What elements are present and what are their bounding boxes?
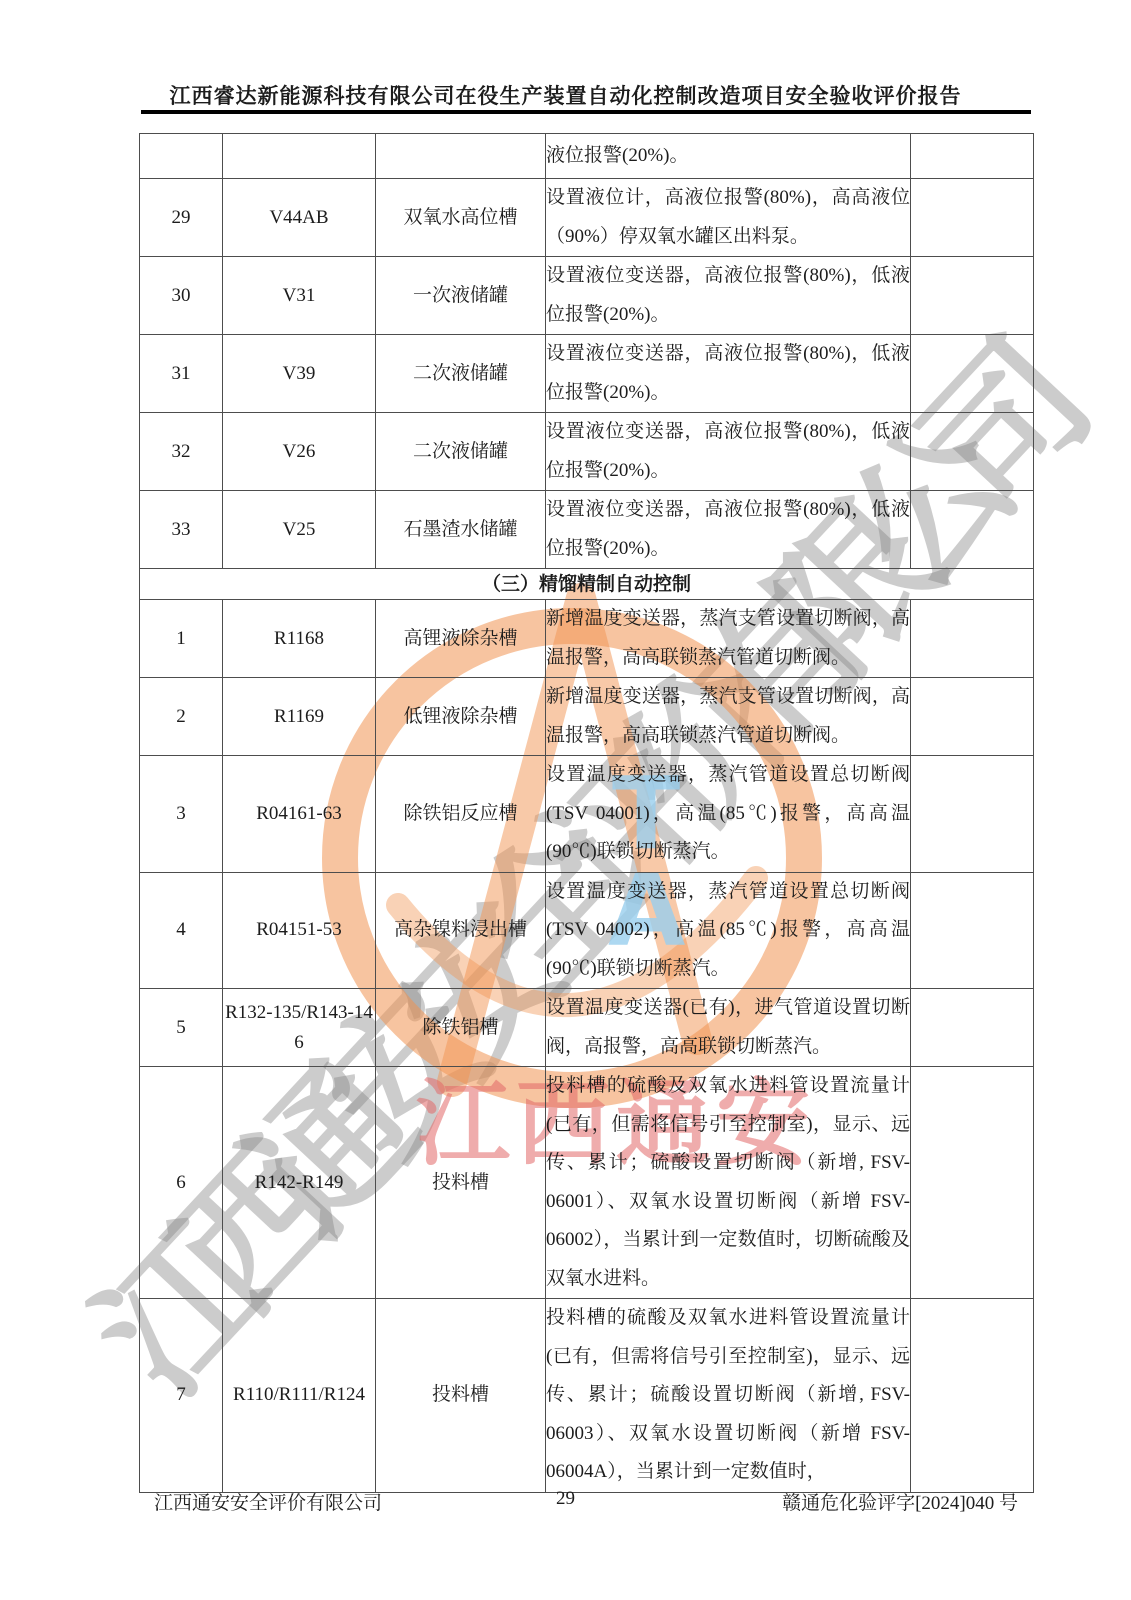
row-number-cell bbox=[140, 134, 223, 179]
equipment-name-cell: 高锂液除杂槽 bbox=[376, 600, 546, 678]
measures-desc-cell: 设置温度变送器，蒸汽管道设置总切断阀(TSV 04002)，高温(85℃)报警，… bbox=[546, 872, 911, 989]
table-row-continuation: 液位报警(20%)。 bbox=[140, 134, 1034, 179]
row-number-cell: 5 bbox=[140, 989, 223, 1067]
equipment-table: 液位报警(20%)。29V44AB双氧水高位槽设置液位计，高液位报警(80%)，… bbox=[139, 133, 1034, 1493]
measures-desc-cell: 设置液位变送器，高液位报警(80%)，低液位报警(20%)。 bbox=[546, 413, 911, 491]
equipment-name-cell: 投料槽 bbox=[376, 1299, 546, 1493]
row-number-cell: 32 bbox=[140, 413, 223, 491]
table-row: 31V39二次液储罐设置液位变送器，高液位报警(80%)，低液位报警(20%)。 bbox=[140, 335, 1034, 413]
measures-desc-cell: 新增温度变送器，蒸汽支管设置切断阀，高温报警，高高联锁蒸汽管道切断阀。 bbox=[546, 678, 911, 756]
row-number-cell: 1 bbox=[140, 600, 223, 678]
table-row: 32V26二次液储罐设置液位变送器，高液位报警(80%)，低液位报警(20%)。 bbox=[140, 413, 1034, 491]
table-row: 4R04151-53高杂镍料浸出槽设置温度变送器，蒸汽管道设置总切断阀(TSV … bbox=[140, 872, 1034, 989]
remark-cell bbox=[911, 872, 1034, 989]
measures-desc-cell: 设置温度变送器，蒸汽管道设置总切断阀(TSV 04001)，高温(85℃)报警，… bbox=[546, 756, 911, 873]
equipment-name-cell: 除铁铝反应槽 bbox=[376, 756, 546, 873]
measures-desc-cell: 设置温度变送器(已有)，进气管道设置切断阀，高报警，高高联锁切断蒸汽。 bbox=[546, 989, 911, 1067]
remark-cell bbox=[911, 1299, 1034, 1493]
table-row: 3R04161-63除铁铝反应槽设置温度变送器，蒸汽管道设置总切断阀(TSV 0… bbox=[140, 756, 1034, 873]
row-number-cell: 2 bbox=[140, 678, 223, 756]
row-number-cell: 33 bbox=[140, 491, 223, 569]
table-row: 1R1168高锂液除杂槽新增温度变送器，蒸汽支管设置切断阀，高温报警，高高联锁蒸… bbox=[140, 600, 1034, 678]
table-row: 30V31一次液储罐设置液位变送器，高液位报警(80%)，低液位报警(20%)。 bbox=[140, 257, 1034, 335]
remark-cell bbox=[911, 600, 1034, 678]
section-header-cell: （三）精馏精制自动控制 bbox=[140, 569, 1034, 600]
remark-cell bbox=[911, 335, 1034, 413]
measures-desc-cell: 设置液位变送器，高液位报警(80%)，低液位报警(20%)。 bbox=[546, 257, 911, 335]
measures-desc-cell: 设置液位变送器，高液位报警(80%)，低液位报警(20%)。 bbox=[546, 491, 911, 569]
equipment-tag-cell: R142-R149 bbox=[223, 1067, 376, 1299]
equipment-tag-cell: V44AB bbox=[223, 179, 376, 257]
equipment-name-cell: 石墨渣水储罐 bbox=[376, 491, 546, 569]
equipment-tag-cell: R132-135/R143-146 bbox=[223, 989, 376, 1067]
remark-cell bbox=[911, 179, 1034, 257]
table-row: 5R132-135/R143-146除铁铝槽设置温度变送器(已有)，进气管道设置… bbox=[140, 989, 1034, 1067]
document-page: 江西通安安全评价有限公司 T A 江西通安 江西睿达新能源科技有限公司在役生产装… bbox=[0, 0, 1131, 1600]
row-number-cell: 29 bbox=[140, 179, 223, 257]
table-row: 6R142-R149投料槽投料槽的硫酸及双氧水进料管设置流量计(已有，但需将信号… bbox=[140, 1067, 1034, 1299]
table-section-header-row: （三）精馏精制自动控制 bbox=[140, 569, 1034, 600]
remark-cell bbox=[911, 413, 1034, 491]
equipment-name-cell: 二次液储罐 bbox=[376, 335, 546, 413]
row-number-cell: 3 bbox=[140, 756, 223, 873]
table-row: 33V25石墨渣水储罐设置液位变送器，高液位报警(80%)，低液位报警(20%)… bbox=[140, 491, 1034, 569]
equipment-tag-cell: R110/R111/R124 bbox=[223, 1299, 376, 1493]
equipment-name-cell bbox=[376, 134, 546, 179]
equipment-tag-cell: R04161-63 bbox=[223, 756, 376, 873]
equipment-tag-cell: R1168 bbox=[223, 600, 376, 678]
remark-cell bbox=[911, 257, 1034, 335]
equipment-tag-cell: V39 bbox=[223, 335, 376, 413]
equipment-name-cell: 投料槽 bbox=[376, 1067, 546, 1299]
footer-document-number: 赣通危化验评字[2024]040 号 bbox=[782, 1488, 1018, 1515]
equipment-tag-cell bbox=[223, 134, 376, 179]
remark-cell bbox=[911, 989, 1034, 1067]
equipment-name-cell: 高杂镍料浸出槽 bbox=[376, 872, 546, 989]
equipment-table-body: 液位报警(20%)。29V44AB双氧水高位槽设置液位计，高液位报警(80%)，… bbox=[140, 134, 1034, 1493]
table-row: 2R1169低锂液除杂槽新增温度变送器，蒸汽支管设置切断阀，高温报警，高高联锁蒸… bbox=[140, 678, 1034, 756]
equipment-name-cell: 一次液储罐 bbox=[376, 257, 546, 335]
remark-cell bbox=[911, 134, 1034, 179]
table-row: 7R110/R111/R124投料槽投料槽的硫酸及双氧水进料管设置流量计(已有，… bbox=[140, 1299, 1034, 1493]
remark-cell bbox=[911, 1067, 1034, 1299]
equipment-tag-cell: V26 bbox=[223, 413, 376, 491]
table-row: 29V44AB双氧水高位槽设置液位计，高液位报警(80%)，高高液位（90%）停… bbox=[140, 179, 1034, 257]
equipment-tag-cell: V31 bbox=[223, 257, 376, 335]
remark-cell bbox=[911, 491, 1034, 569]
row-number-cell: 31 bbox=[140, 335, 223, 413]
equipment-tag-cell: R04151-53 bbox=[223, 872, 376, 989]
measures-desc-cell: 设置液位计，高液位报警(80%)，高高液位（90%）停双氧水罐区出料泵。 bbox=[546, 179, 911, 257]
report-header-title: 江西睿达新能源科技有限公司在役生产装置自动化控制改造项目安全验收评价报告 bbox=[0, 80, 1131, 110]
equipment-name-cell: 双氧水高位槽 bbox=[376, 179, 546, 257]
measures-desc-cell: 液位报警(20%)。 bbox=[546, 134, 911, 179]
equipment-name-cell: 二次液储罐 bbox=[376, 413, 546, 491]
equipment-name-cell: 低锂液除杂槽 bbox=[376, 678, 546, 756]
remark-cell bbox=[911, 678, 1034, 756]
footer-company-name: 江西通安安全评价有限公司 bbox=[154, 1488, 382, 1515]
equipment-name-cell: 除铁铝槽 bbox=[376, 989, 546, 1067]
row-number-cell: 30 bbox=[140, 257, 223, 335]
equipment-tag-cell: R1169 bbox=[223, 678, 376, 756]
row-number-cell: 4 bbox=[140, 872, 223, 989]
row-number-cell: 6 bbox=[140, 1067, 223, 1299]
measures-desc-cell: 新增温度变送器，蒸汽支管设置切断阀，高温报警，高高联锁蒸汽管道切断阀。 bbox=[546, 600, 911, 678]
row-number-cell: 7 bbox=[140, 1299, 223, 1493]
measures-desc-cell: 设置液位变送器，高液位报警(80%)，低液位报警(20%)。 bbox=[546, 335, 911, 413]
measures-desc-cell: 投料槽的硫酸及双氧水进料管设置流量计(已有，但需将信号引至控制室)，显示、远传、… bbox=[546, 1299, 911, 1493]
measures-desc-cell: 投料槽的硫酸及双氧水进料管设置流量计(已有，但需将信号引至控制室)，显示、远传、… bbox=[546, 1067, 911, 1299]
equipment-tag-cell: V25 bbox=[223, 491, 376, 569]
remark-cell bbox=[911, 756, 1034, 873]
header-rule bbox=[141, 110, 1031, 114]
